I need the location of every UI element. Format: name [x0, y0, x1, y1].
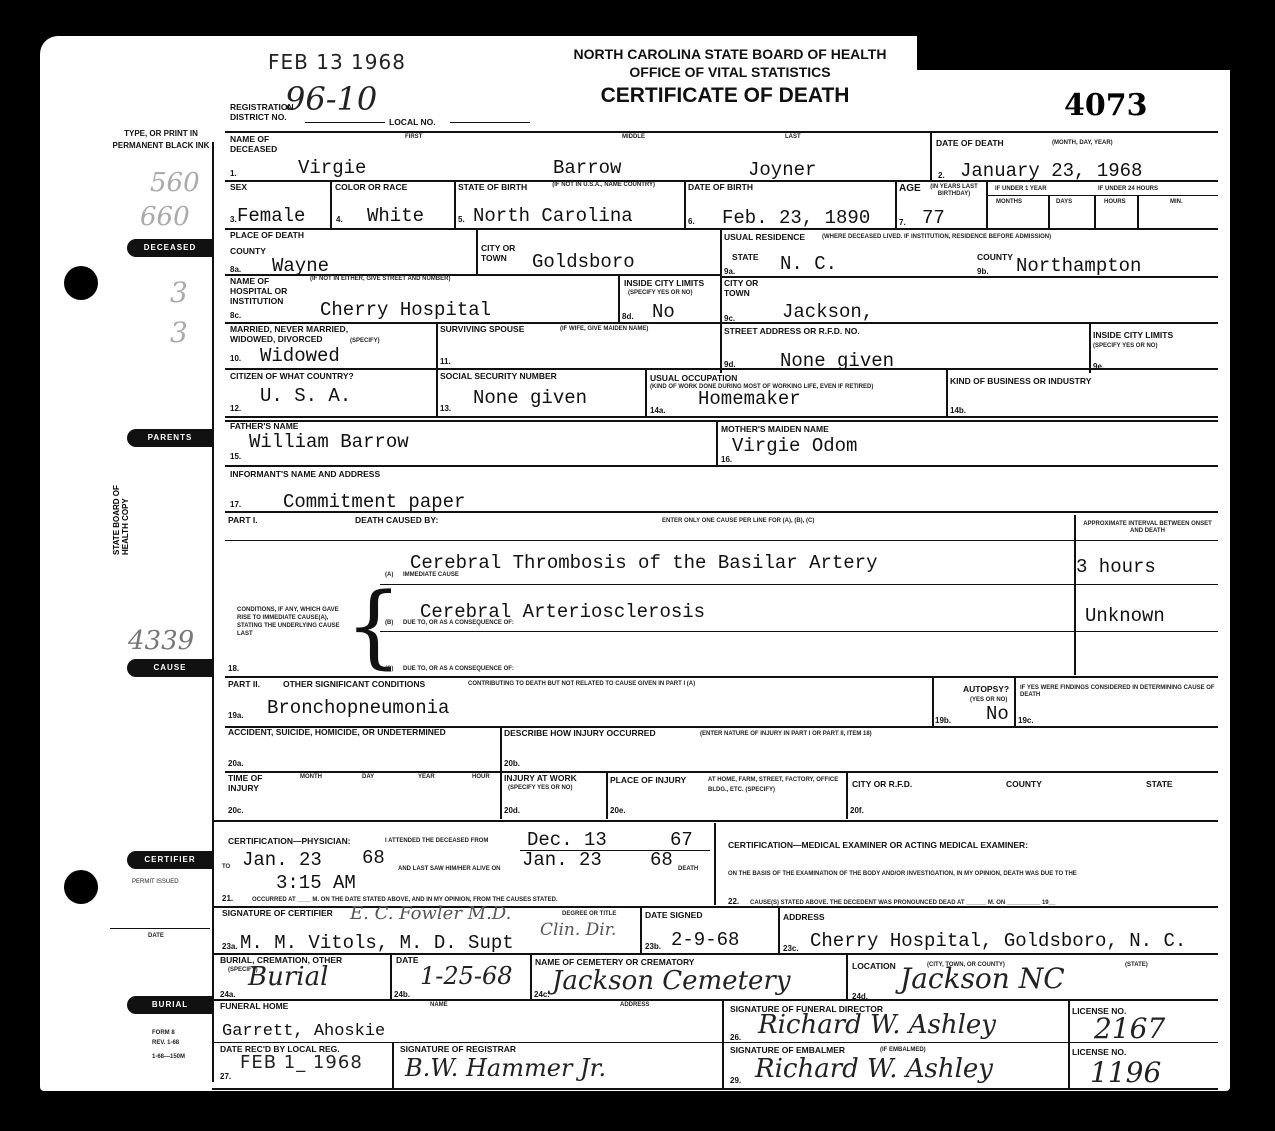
father-name: William Barrow — [249, 432, 409, 452]
hospital-label: NAME OF HOSPITAL OR INSTITUTION — [230, 276, 305, 306]
pencil-note: 560 — [150, 168, 200, 198]
burial-date-label: DATE — [396, 955, 419, 965]
embalmer-signature: Richard W. Ashley — [755, 1054, 993, 1084]
date-signed: 2-9-68 — [671, 930, 739, 950]
to-label: TO — [222, 864, 230, 871]
informant-label: INFORMANT'S NAME AND ADDRESS — [230, 469, 380, 479]
hours-label: HOURS — [1104, 199, 1126, 206]
place-of-death-label: PLACE OF DEATH — [230, 230, 304, 240]
date-received: FEB 1_ 1968 — [240, 1052, 363, 1073]
name-label: NAME OF DECEASED — [230, 134, 290, 154]
attended-from-year: 67 — [670, 830, 693, 850]
age: 77 — [922, 208, 945, 228]
race: White — [367, 206, 424, 226]
injury-city-label: CITY OR R.F.D. — [852, 779, 912, 789]
under-24-hours-label: IF UNDER 24 HOURS — [1098, 186, 1158, 193]
residence-state: N. C. — [780, 254, 837, 274]
pencil-note: 3 — [170, 316, 188, 349]
date-of-birth: Feb. 23, 1890 — [722, 208, 870, 228]
attended-label: I ATTENDED THE DECEASED FROM — [385, 838, 488, 845]
residence-inside-limits-label: INSIDE CITY LIMITS — [1093, 330, 1173, 340]
cemetery-name: Jackson Cemetery — [552, 966, 791, 996]
part-1-label: PART I. — [228, 515, 258, 525]
ink-instruction: TYPE, OR PRINT IN PERMANENT BLACK INK — [105, 128, 217, 152]
last-saw-date: Jan. 23 — [522, 850, 602, 870]
section-tab-deceased: DECEASED — [127, 239, 213, 257]
punch-hole — [64, 266, 98, 300]
cause-b-key: (b) — [385, 620, 393, 627]
marital-status: Widowed — [260, 346, 340, 366]
certifier-signature-label: SIGNATURE OF CERTIFIER — [222, 908, 333, 918]
date-of-death-label: DATE OF DEATH — [936, 138, 1004, 148]
last-label: LAST — [785, 134, 801, 141]
section-tab-parents: PARENTS — [127, 429, 213, 447]
days-label: DAYS — [1056, 199, 1072, 206]
pencil-note: 3 — [170, 276, 188, 309]
sex-label: SEX — [230, 182, 247, 192]
certifier-degree: Clin. Dir. — [540, 920, 616, 940]
middle-label: MIDDLE — [622, 134, 645, 141]
minutes-label: MIN. — [1170, 199, 1183, 206]
death-inside-limits: No — [652, 302, 675, 322]
autopsy: No — [986, 704, 1009, 724]
residence-city-label: CITY OR TOWN — [724, 278, 764, 298]
informant: Commitment paper — [283, 492, 465, 512]
agency-name: NORTH CAROLINA STATE BOARD OF HEALTH — [540, 46, 920, 62]
cause-c-key: (c) — [385, 666, 393, 673]
death-city: Goldsboro — [532, 252, 635, 272]
certifier-address-label: ADDRESS — [783, 912, 825, 922]
funeral-home-label: FUNERAL HOME — [220, 1001, 288, 1011]
medical-examiner-label: CERTIFICATION—MEDICAL EXAMINER OR ACTING… — [728, 840, 1028, 850]
spouse-hint: (IF WIFE, GIVE MAIDEN NAME) — [560, 326, 648, 333]
cause-underlying-b: Cerebral Arteriosclerosis — [420, 602, 705, 622]
death-inside-limits-label: INSIDE CITY LIMITS — [624, 278, 704, 288]
death-city-label: CITY OR TOWN — [481, 243, 521, 263]
mother-label: MOTHER'S MAIDEN NAME — [721, 424, 829, 434]
burial-location: Jackson NC — [900, 962, 1065, 995]
age-label: AGE — [899, 184, 921, 194]
injury-place-hint: AT HOME, FARM, STREET, FACTORY, OFFICE B… — [708, 775, 848, 795]
cause-b-interval: Unknown — [1085, 606, 1165, 626]
injury-describe-label: DESCRIBE HOW INJURY OCCURRED — [504, 728, 656, 738]
medical-examiner-text: ON THE BASIS OF THE EXAMINATION OF THE B… — [728, 871, 1077, 878]
section-tab-certifier: CERTIFIER — [127, 851, 213, 869]
ssn: None given — [473, 388, 587, 408]
time-of-death: 3:15 AM — [276, 873, 356, 893]
death-label: DEATH — [678, 866, 698, 873]
middle-name: Barrow — [553, 158, 621, 178]
form-print-run: 1-68—150m — [152, 1054, 185, 1061]
residence-label: USUAL RESIDENCE — [724, 232, 805, 242]
last-saw-label: AND LAST SAW HIM/HER ALIVE ON — [398, 866, 500, 873]
other-conditions-label: OTHER SIGNIFICANT CONDITIONS — [283, 679, 425, 689]
funeral-director-signature: Richard W. Ashley — [758, 1010, 996, 1040]
cause-a-interval: 3 hours — [1076, 557, 1156, 577]
form-revision: REV. 1-68 — [152, 1040, 179, 1047]
citizen-label: CITIZEN OF WHAT COUNTRY? — [230, 371, 354, 381]
attended-from-date: Dec. 13 — [527, 830, 607, 850]
section-tab-burial: BURIAL — [127, 996, 213, 1014]
death-inside-limits-hint: (SPECIFY YES OR NO) — [628, 290, 692, 297]
date-of-death: January 23, 1968 — [960, 161, 1142, 181]
physician-cert-label: CERTIFICATION—PHYSICIAN: — [228, 836, 351, 846]
residence-county: Northampton — [1016, 256, 1141, 276]
hospital-name: Cherry Hospital — [320, 300, 491, 320]
attended-to-date: Jan. 23 — [242, 850, 322, 870]
injury-year-label: YEAR — [418, 774, 435, 781]
race-label: COLOR OR RACE — [335, 182, 407, 192]
residence-county-label: COUNTY — [977, 252, 1013, 262]
birth-state-label: STATE OF BIRTH — [458, 182, 527, 192]
street-address-label: STREET ADDRESS OR R.F.D. No. — [724, 326, 860, 336]
injury-state-label: STATE — [1146, 779, 1173, 789]
cause-instruction: ENTER ONLY ONE CAUSE PER LINE FOR (a), (… — [662, 518, 814, 525]
conditions-label: CONDITIONS, IF ANY, WHICH GAVE RISE TO I… — [237, 606, 342, 638]
months-label: MONTHS — [996, 199, 1022, 206]
age-hint: (IN YEARS LAST BIRTHDAY) — [923, 184, 985, 198]
hospital-hint: (IF NOT IN EITHER, GIVE STREET AND NUMBE… — [310, 276, 450, 283]
date-signed-label: DATE SIGNED — [645, 910, 702, 920]
certifier-signature: E. C. Fowler M.D. — [350, 903, 511, 924]
father-label: FATHER'S NAME — [230, 421, 298, 431]
business-label: KIND OF BUSINESS OR INDUSTRY — [950, 376, 1091, 386]
other-conditions: Bronchopneumonia — [267, 698, 449, 718]
injury-manner-label: ACCIDENT, SUICIDE, HOMICIDE, OR UNDETERM… — [228, 727, 446, 737]
embalmer-license: 1196 — [1090, 1056, 1161, 1089]
injury-hour-label: HOUR — [472, 774, 490, 781]
copy-designation: STATE BOARD OF HEALTH COPY — [112, 485, 130, 555]
section-tab-cause: CAUSE — [127, 659, 213, 677]
citizenship: U. S. A. — [260, 386, 351, 406]
certificate-number: 4073 — [1064, 88, 1148, 123]
last-name: Joyner — [748, 160, 816, 180]
residence-state-label: STATE — [732, 252, 759, 262]
injury-at-work-label: INJURY AT WORK — [504, 773, 577, 783]
registrar-label: SIGNATURE OF REGISTRAR — [400, 1044, 516, 1054]
marital-specify: (SPECIFY) — [350, 338, 380, 345]
residence-inside-limits-hint: (SPECIFY YES OR NO) — [1093, 343, 1157, 350]
injury-time-label: TIME OF INJURY — [228, 773, 273, 793]
autopsy-label: AUTOPSY? — [963, 684, 1009, 694]
form-number: FORM 8 — [152, 1030, 175, 1037]
pencil-note: 660 — [140, 202, 190, 232]
injury-at-work-hint: (SPECIFY YES OR NO) — [508, 785, 572, 792]
mother-name: Virgie Odom — [732, 436, 857, 456]
death-caused-by-label: DEATH CAUSED BY: — [355, 515, 438, 525]
occupation: Homemaker — [698, 389, 801, 409]
occupation-label: USUAL OCCUPATION — [650, 373, 737, 383]
ssn-label: SOCIAL SECURITY NUMBER — [440, 371, 557, 381]
birth-state-hint: (IF NOT IN U.S.A., NAME COUNTRY) — [545, 182, 655, 189]
director-license: 2167 — [1094, 1012, 1165, 1045]
attended-to-year: 68 — [362, 848, 385, 868]
part-2-label: PART II. — [228, 679, 260, 689]
injury-place-label: PLACE OF INJURY — [610, 775, 686, 785]
first-name: Virgie — [298, 158, 366, 178]
burial-date: 1-25-68 — [420, 962, 513, 990]
cause-c-label: DUE TO, OR AS A CONSEQUENCE OF: — [403, 666, 514, 673]
local-no-label: LOCAL NO. — [389, 117, 436, 127]
interval-label: APPROXIMATE INTERVAL BETWEEN ONSET AND D… — [1080, 521, 1215, 535]
other-conditions-hint: CONTRIBUTING TO DEATH BUT NOT RELATED TO… — [468, 681, 695, 688]
county-label: COUNTY — [230, 246, 266, 256]
page-title: CERTIFICATE OF DEATH — [520, 84, 930, 108]
spouse-label: SURVIVING SPOUSE — [440, 324, 524, 334]
cause-code: 4339 — [128, 626, 194, 656]
registrar-signature: B.W. Hammer Jr. — [405, 1054, 606, 1082]
birth-state: North Carolina — [473, 206, 633, 226]
location-label: LOCATION — [852, 961, 896, 971]
injury-month-label: MONTH — [300, 774, 322, 781]
embalmer-hint: (IF EMBALMED) — [880, 1047, 926, 1054]
last-saw-year: 68 — [650, 850, 673, 870]
funeral-home-name-label: NAME — [430, 1002, 448, 1009]
under-1-year-label: IF UNDER 1 YEAR — [995, 186, 1047, 193]
disposition: Burial — [248, 962, 328, 992]
brace-icon: { — [345, 582, 402, 672]
location-state-label: (STATE) — [1125, 962, 1148, 969]
dob-label: DATE OF BIRTH — [688, 182, 753, 192]
first-label: FIRST — [405, 134, 422, 141]
scan-border — [917, 30, 1237, 70]
certifier-address: Cherry Hospital, Goldsboro, N. C. — [810, 931, 1186, 951]
date-of-death-hint: (MONTH, DAY, YEAR) — [1052, 140, 1113, 147]
permit-issued-label: Permit issued — [132, 879, 179, 886]
cause-immediate: Cerebral Thrombosis of the Basilar Arter… — [410, 553, 877, 573]
findings-label: IF YES WERE FINDINGS CONSIDERED IN DETER… — [1020, 685, 1215, 699]
certifier-name: M. M. Vitols, M. D. Supt — [240, 933, 514, 953]
punch-hole — [64, 870, 98, 904]
death-county: Wayne — [272, 256, 329, 276]
injury-day-label: DAY — [362, 774, 374, 781]
residence-hint: (WHERE DECEASED LIVED. IF INSTITUTION, R… — [822, 234, 1051, 241]
office-name: OFFICE OF VITAL STATISTICS — [540, 64, 920, 80]
funeral-home: Garrett, Ahoskie — [222, 1022, 385, 1042]
injury-describe-hint: (ENTER NATURE OF INJURY IN PART I OR PAR… — [700, 731, 872, 738]
date-label: Date — [148, 933, 164, 940]
registration-district-value: 96-10 — [285, 80, 377, 118]
injury-county-label: COUNTY — [1006, 779, 1042, 789]
degree-label: DEGREE OR TITLE — [562, 911, 616, 918]
residence-city: Jackson, — [782, 302, 873, 322]
received-stamp: FEB 13 1968 — [268, 50, 406, 74]
funeral-home-address-label: ADDRESS — [620, 1002, 649, 1009]
sex: Female — [237, 206, 305, 226]
